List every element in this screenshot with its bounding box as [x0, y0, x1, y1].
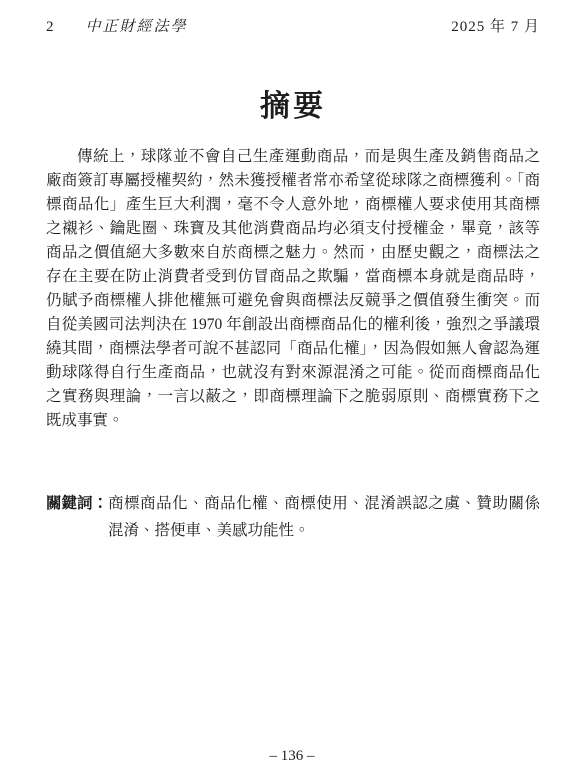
- page-content: 摘要 傳統上，球隊並不會自己生產運動商品，而是與生產及銷售商品之廠商簽訂專屬授權…: [46, 90, 540, 544]
- keywords-text: 商標商品化、商品化權、商標使用、混淆誤認之虞、贊助關係混淆、搭便車、美感功能性。: [108, 490, 540, 544]
- header-page-number: 2: [46, 17, 54, 37]
- keywords-label: 關鍵詞：: [46, 490, 108, 544]
- journal-title: 中正財經法學: [86, 17, 188, 37]
- footer-page-number: – 136 –: [0, 747, 584, 765]
- issue-date: 2025 年 7 月: [451, 17, 540, 37]
- keywords-block: 關鍵詞： 商標商品化、商品化權、商標使用、混淆誤認之虞、贊助關係混淆、搭便車、美…: [46, 490, 540, 544]
- abstract-paragraph: 傳統上，球隊並不會自己生產運動商品，而是與生產及銷售商品之廠商簽訂專屬授權契約，…: [46, 145, 540, 433]
- page-header: 2 中正財經法學 2025 年 7 月: [46, 17, 540, 37]
- abstract-title: 摘要: [46, 90, 540, 124]
- document-page: 2 中正財經法學 2025 年 7 月 摘要 傳統上，球隊並不會自己生產運動商品…: [0, 0, 584, 772]
